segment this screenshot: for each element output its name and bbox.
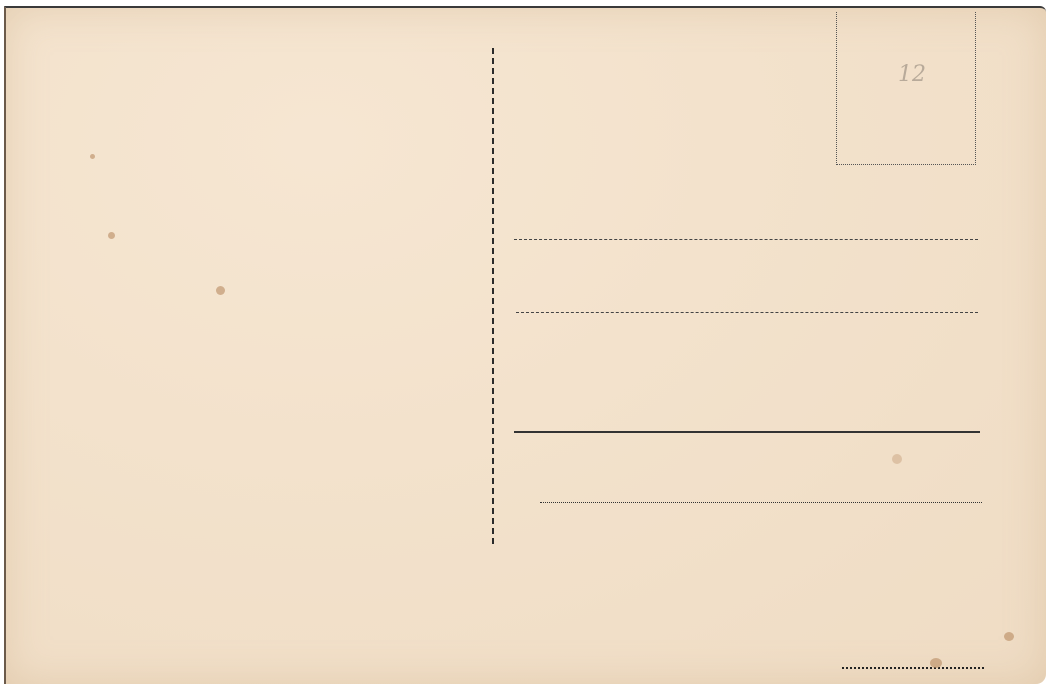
stain-spot — [1004, 632, 1014, 641]
stamp-box — [836, 12, 976, 165]
bottom-dotted-line — [842, 667, 984, 669]
stain-spot — [90, 154, 95, 159]
stain-spot — [892, 454, 902, 464]
stain-spot — [930, 658, 942, 668]
address-line-3 — [514, 431, 980, 433]
address-line-2 — [516, 312, 978, 313]
address-line-1 — [514, 239, 978, 240]
pencil-note: 12 — [898, 62, 926, 87]
center-divider-line — [492, 48, 494, 544]
address-line-4 — [540, 502, 982, 503]
stain-spot — [108, 232, 115, 239]
stain-spot — [216, 286, 225, 295]
